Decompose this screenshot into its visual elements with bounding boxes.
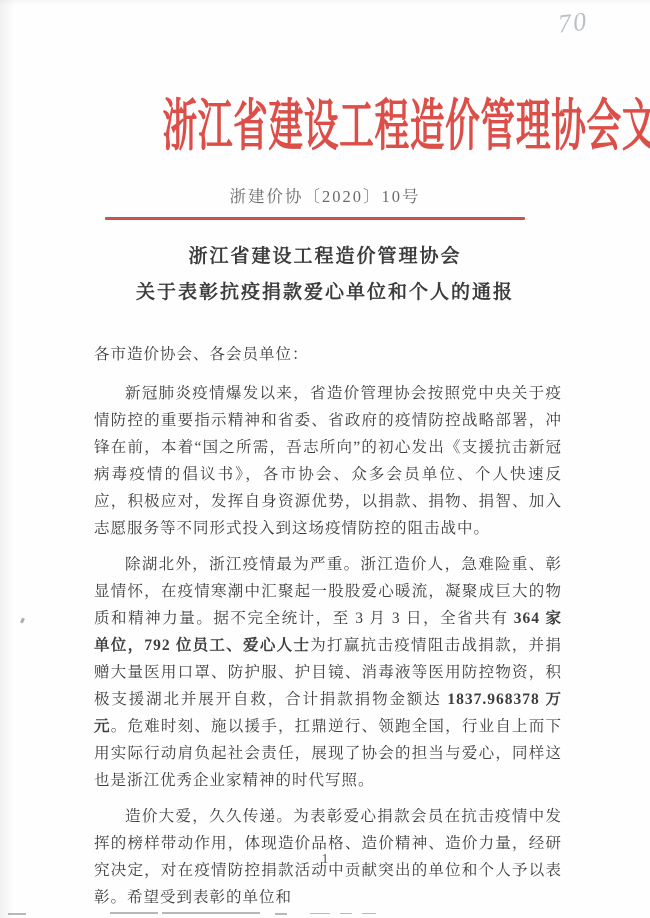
scan-artifact-line [8,913,26,915]
masthead-rule [105,217,525,220]
document-body: 各市造价协会、各会员单位： 新冠肺炎疫情爆发以来，省造价管理协会按照党中央关于疫… [94,341,562,911]
page-number: 1 [0,851,650,867]
scan-artifact-line [362,913,376,914]
document-title-line2: 关于表彰抗疫捐款爱心单位和个人的通报 [0,275,650,311]
document-title: 浙江省建设工程造价管理协会 关于表彰抗疫捐款爱心单位和个人的通报 [0,239,650,311]
scan-artifact-line [275,913,287,915]
scan-artifact-line [110,912,158,914]
handwritten-page-mark: 70 [557,2,630,39]
document-page: 70 浙江省建设工程造价管理协会文件 浙建价协〔2020〕10号 浙江省建设工程… [0,0,650,918]
body-paragraphs: 新冠肺炎疫情爆发以来，省造价管理协会按照党中央关于疫情防控的重要指示精神和省委、… [94,380,562,911]
paragraph: 新冠肺炎疫情爆发以来，省造价管理协会按照党中央关于疫情防控的重要指示精神和省委、… [94,380,562,542]
scan-artifact-speck [20,618,25,624]
salutation: 各市造价协会、各会员单位： [94,341,562,368]
paragraph: 除湖北外，浙江疫情最为严重。浙江造价人，急难险重、彰显情怀，在疫情寒潮中汇聚起一… [94,551,562,794]
scan-artifact-line [310,913,330,914]
document-number: 浙建价协〔2020〕10号 [0,183,650,207]
scan-artifact-line [340,913,352,914]
document-title-line1: 浙江省建设工程造价管理协会 [0,239,650,275]
masthead: 浙江省建设工程造价管理协会文件 [0,82,650,162]
masthead-title: 浙江省建设工程造价管理协会文件 [162,82,650,162]
scan-artifact-line [162,912,260,914]
